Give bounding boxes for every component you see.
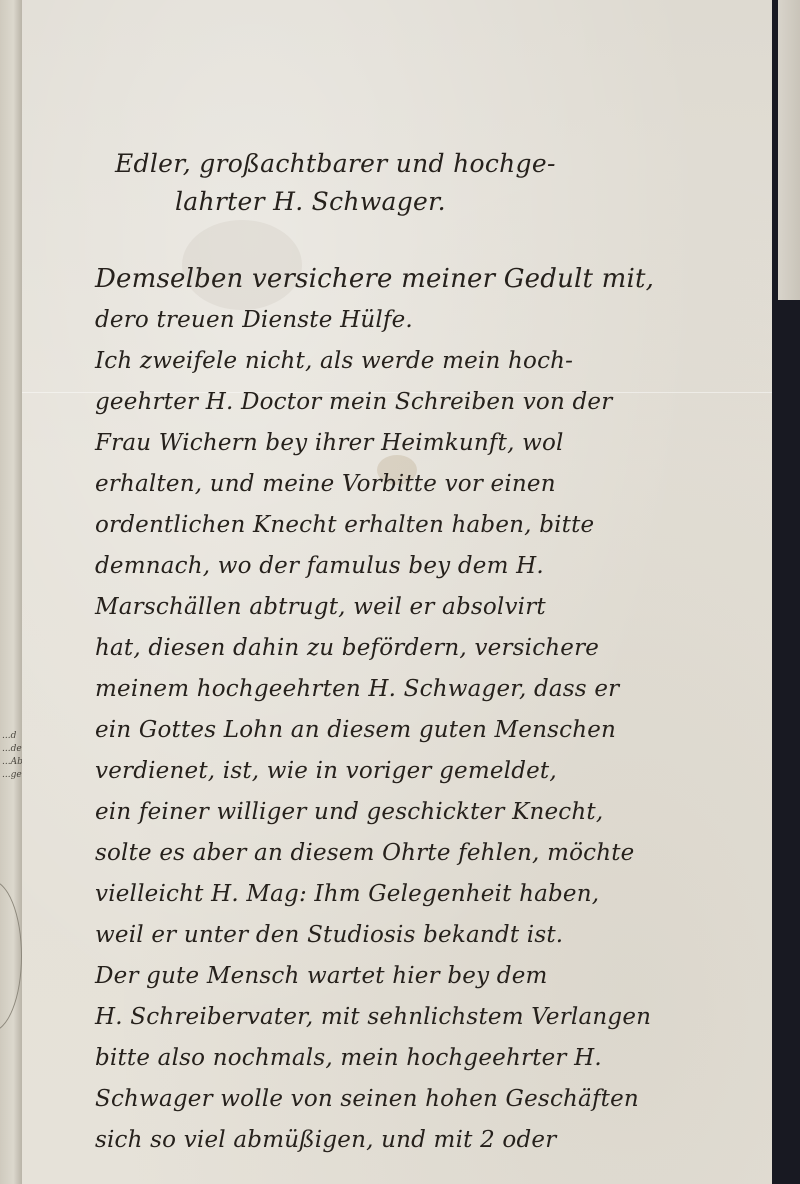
body-line: erhalten, und meine Vorbitte vor einen	[95, 464, 775, 505]
salutation: Edler, großachtbarer und hochge- lahrter…	[95, 145, 775, 221]
salutation-line: Edler, großachtbarer und hochge-	[95, 145, 775, 183]
body-line: ordentlichen Knecht erhalten haben, bitt…	[95, 505, 775, 546]
adjacent-page-edge: ...d ...den ...Ab ...ge	[0, 0, 23, 1184]
body-line: vielleicht H. Mag: Ihm Gelegenheit haben…	[95, 874, 775, 915]
body-line: weil er unter den Studiosis bekandt ist.	[95, 915, 775, 956]
body-line: Marschällen abtrugt, weil er absolvirt	[95, 587, 775, 628]
adjacent-page-margin-note: ...d ...den ...Ab ...ge	[2, 730, 20, 782]
salutation-line: lahrter H. Schwager.	[95, 183, 775, 221]
body-line: bitte also nochmals, mein hochgeehrter H…	[95, 1038, 775, 1079]
page-edge-top-right	[778, 0, 800, 300]
margin-note-line: ...d	[2, 731, 16, 741]
seal-outline	[0, 880, 22, 1032]
margin-note-line: ...Ab	[2, 757, 23, 767]
body-line: geehrter H. Doctor mein Schreiben von de…	[95, 382, 775, 423]
body-line: dero treuen Dienste Hülfe.	[95, 300, 775, 341]
letter-body: Demselben versichere meiner Gedult mit, …	[95, 259, 775, 1161]
body-line: demnach, wo der famulus bey dem H.	[95, 546, 775, 587]
body-line: sich so viel abmüßigen, und mit 2 oder	[95, 1120, 775, 1161]
body-line: hat, diesen dahin zu befördern, versiche…	[95, 628, 775, 669]
body-line: meinem hochgeehrten H. Schwager, dass er	[95, 669, 775, 710]
body-line: Der gute Mensch wartet hier bey dem	[95, 956, 775, 997]
body-line: Ich zweifele nicht, als werde mein hoch-	[95, 341, 775, 382]
margin-note-line: ...ge	[2, 770, 22, 780]
body-line: verdienet, ist, wie in voriger gemeldet,	[95, 751, 775, 792]
body-line: ein Gottes Lohn an diesem guten Menschen	[95, 710, 775, 751]
body-line: solte es aber an diesem Ohrte fehlen, mö…	[95, 833, 775, 874]
body-line: Frau Wichern bey ihrer Heimkunft, wol	[95, 423, 775, 464]
body-line: Demselben versichere meiner Gedult mit,	[95, 259, 775, 300]
letter-text: Edler, großachtbarer und hochge- lahrter…	[95, 145, 775, 1161]
body-line: Schwager wolle von seinen hohen Geschäft…	[95, 1079, 775, 1120]
document-scan: ...d ...den ...Ab ...ge Edler, großachtb…	[0, 0, 800, 1184]
body-line: H. Schreibervater, mit sehnlichstem Verl…	[95, 997, 775, 1038]
body-line: ein feiner williger und geschickter Knec…	[95, 792, 775, 833]
